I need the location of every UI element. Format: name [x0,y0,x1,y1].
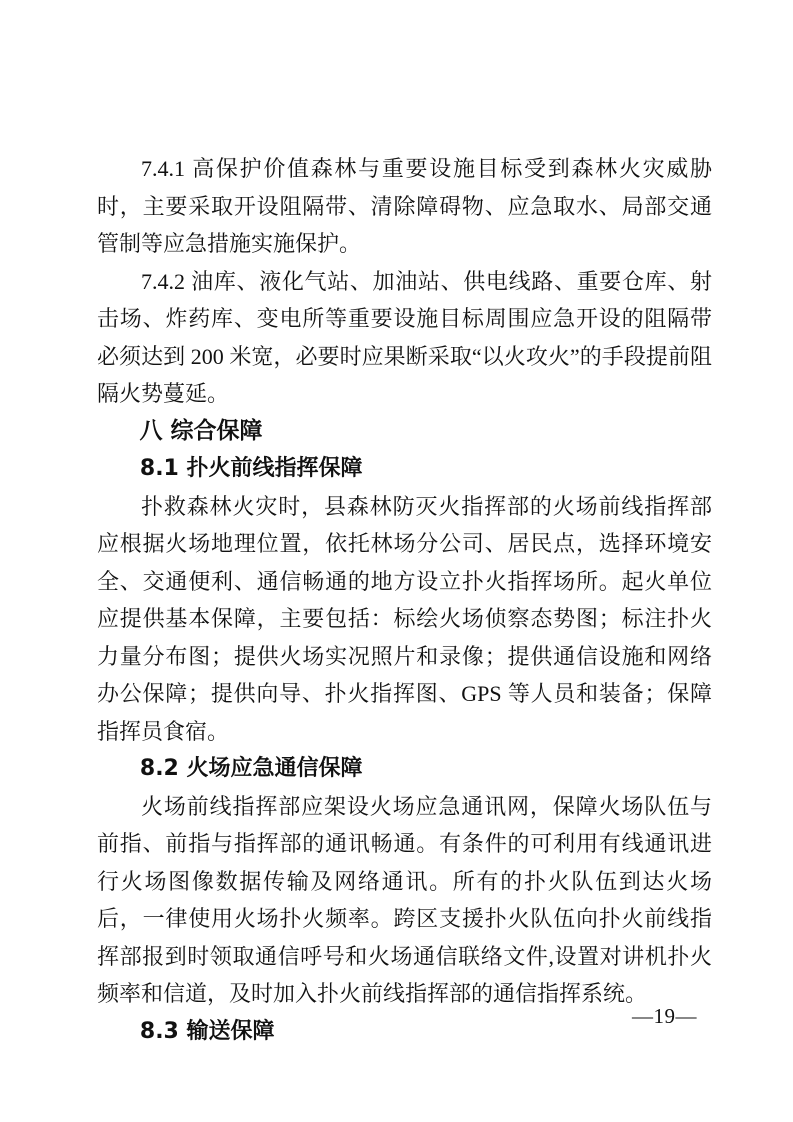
paragraph-7-4-2: 7.4.2 油库、液化气站、加油站、供电线路、重要仓库、射击场、炸药库、变电所等… [97,263,712,413]
subsection-heading-8-1-frontline-command-support: 8.1 扑火前线指挥保障 [97,450,712,488]
subsection-heading-8-3-transport-support: 8.3 输送保障 [97,1013,712,1051]
paragraph-7-4-1: 7.4.1 高保护价值森林与重要设施目标受到森林火灾威胁时，主要采取开设阻隔带、… [97,150,712,263]
paragraph-8-2: 火场前线指挥部应架设火场应急通讯网，保障火场队伍与前指、前指与指挥部的通讯畅通。… [97,788,712,1013]
subsection-heading-8-2-emergency-communication-support: 8.2 火场应急通信保障 [97,750,712,788]
section-heading-8-comprehensive-support: 八 综合保障 [97,413,712,451]
document-body: 7.4.1 高保护价值森林与重要设施目标受到森林火灾威胁时，主要采取开设阻隔带、… [97,150,712,1050]
page-number: —19— [632,1005,697,1027]
document-page: 7.4.1 高保护价值森林与重要设施目标受到森林火灾威胁时，主要采取开设阻隔带、… [0,0,793,1122]
paragraph-8-1: 扑救森林火灾时，县森林防灭火指挥部的火场前线指挥部应根据火场地理位置，依托林场分… [97,488,712,751]
